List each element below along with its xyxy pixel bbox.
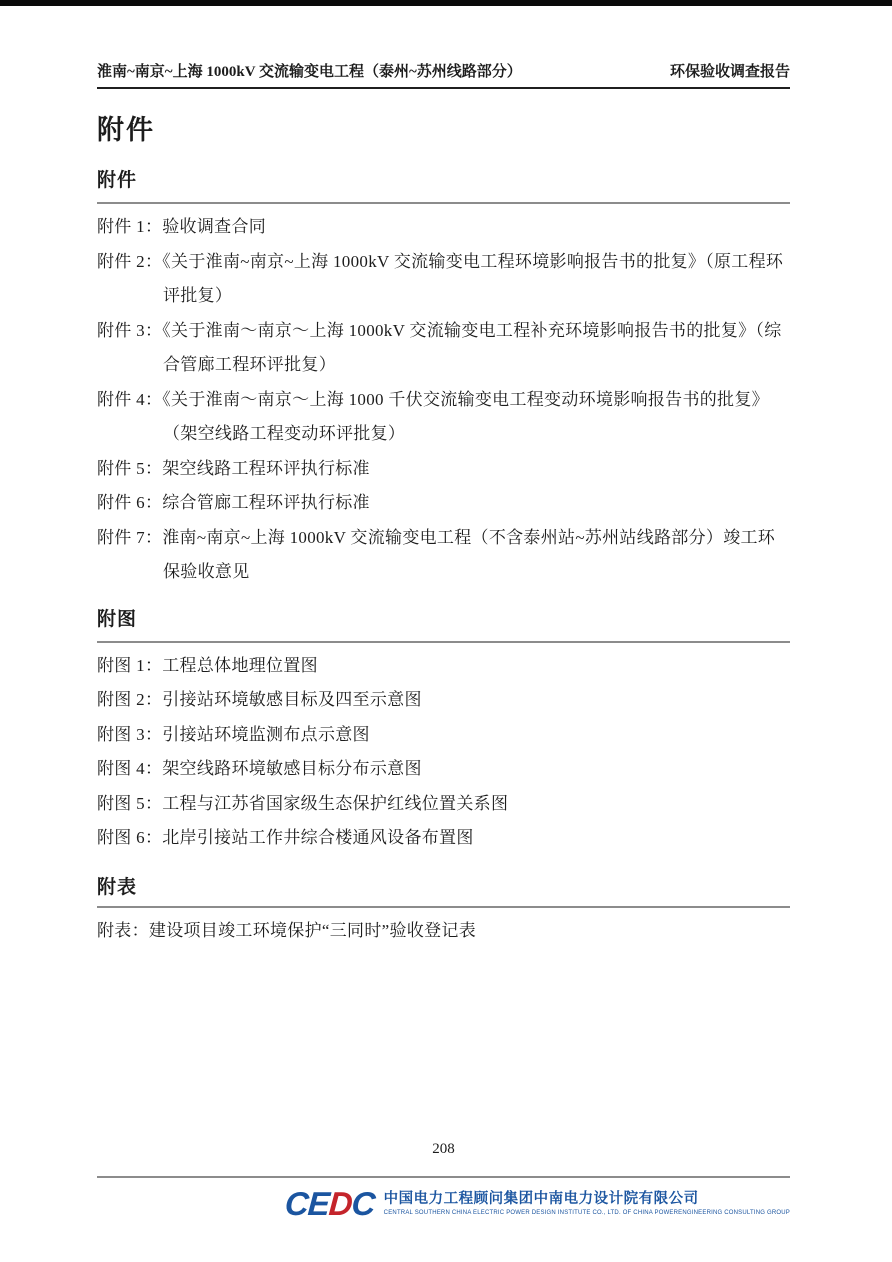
company-name-cn: 中国电力工程顾问集团中南电力设计院有限公司 — [384, 1190, 790, 1209]
document-page: 淮南~南京~上海 1000kV 交流输变电工程（泰州~苏州线路部分） 环保验收调… — [0, 0, 892, 1262]
attachments-list: 附件 1：验收调查合同附件 2：《关于淮南~南京~上海 1000kV 交流输变电… — [97, 210, 790, 590]
logo-letter: D — [328, 1185, 353, 1222]
attachment-list-item: 附件 2：《关于淮南~南京~上海 1000kV 交流输变电工程环境影响报告书的批… — [97, 245, 790, 314]
logo-letter: C — [351, 1185, 376, 1222]
running-header-project: 淮南~南京~上海 1000kV 交流输变电工程（泰州~苏州线路部分） — [97, 62, 522, 82]
page-title: 附件 — [97, 115, 790, 145]
cedc-logo-icon: CEDC — [284, 1186, 376, 1222]
attachment-list-item: 附件 1：验收调查合同 — [97, 210, 790, 245]
table-list-item: 附表：建设项目竣工环境保护“三同时”验收登记表 — [97, 914, 790, 949]
company-names: 中国电力工程顾问集团中南电力设计院有限公司 CENTRAL SOUTHERN C… — [384, 1190, 790, 1218]
running-header: 淮南~南京~上海 1000kV 交流输变电工程（泰州~苏州线路部分） 环保验收调… — [97, 62, 790, 89]
figure-list-item: 附图 6：北岸引接站工作井综合楼通风设备布置图 — [97, 821, 790, 856]
figure-list-item: 附图 1：工程总体地理位置图 — [97, 649, 790, 684]
attachment-list-item: 附件 3：《关于淮南～南京～上海 1000kV 交流输变电工程补充环境影响报告书… — [97, 314, 790, 383]
company-logo-block: CEDC 中国电力工程顾问集团中南电力设计院有限公司 CENTRAL SOUTH… — [97, 1186, 790, 1222]
page-content: 淮南~南京~上海 1000kV 交流输变电工程（泰州~苏州线路部分） 环保验收调… — [97, 0, 790, 948]
figure-list-item: 附图 4：架空线路环境敏感目标分布示意图 — [97, 752, 790, 787]
figures-heading: 附图 — [97, 608, 790, 643]
figures-list: 附图 1：工程总体地理位置图附图 2：引接站环境敏感目标及四至示意图附图 3：引… — [97, 649, 790, 856]
section-attachments: 附件 附件 1：验收调查合同附件 2：《关于淮南~南京~上海 1000kV 交流… — [97, 169, 790, 590]
section-tables: 附表 附表：建设项目竣工环境保护“三同时”验收登记表 — [97, 876, 790, 949]
footer-divider — [97, 1176, 790, 1178]
section-figures: 附图 附图 1：工程总体地理位置图附图 2：引接站环境敏感目标及四至示意图附图 … — [97, 608, 790, 856]
tables-heading: 附表 — [97, 876, 790, 908]
page-number: 208 — [97, 1138, 790, 1160]
figure-list-item: 附图 3：引接站环境监测布点示意图 — [97, 718, 790, 753]
figure-list-item: 附图 2：引接站环境敏感目标及四至示意图 — [97, 683, 790, 718]
logo-letter: C — [284, 1185, 309, 1222]
running-header-doctype: 环保验收调查报告 — [670, 62, 790, 82]
figure-list-item: 附图 5：工程与江苏省国家级生态保护红线位置关系图 — [97, 787, 790, 822]
attachment-list-item: 附件 4：《关于淮南～南京～上海 1000 千伏交流输变电工程变动环境影响报告书… — [97, 383, 790, 452]
attachment-list-item: 附件 5：架空线路工程环评执行标准 — [97, 452, 790, 487]
tables-list: 附表：建设项目竣工环境保护“三同时”验收登记表 — [97, 914, 790, 949]
attachment-list-item: 附件 6：综合管廊工程环评执行标准 — [97, 486, 790, 521]
page-footer: 208 CEDC 中国电力工程顾问集团中南电力设计院有限公司 CENTRAL S… — [97, 1138, 790, 1222]
attachments-heading: 附件 — [97, 169, 790, 204]
logo-letter: E — [307, 1185, 331, 1222]
attachment-list-item: 附件 7：淮南~南京~上海 1000kV 交流输变电工程（不含泰州站~苏州站线路… — [97, 521, 790, 590]
company-name-en: CENTRAL SOUTHERN CHINA ELECTRIC POWER DE… — [384, 1209, 790, 1218]
